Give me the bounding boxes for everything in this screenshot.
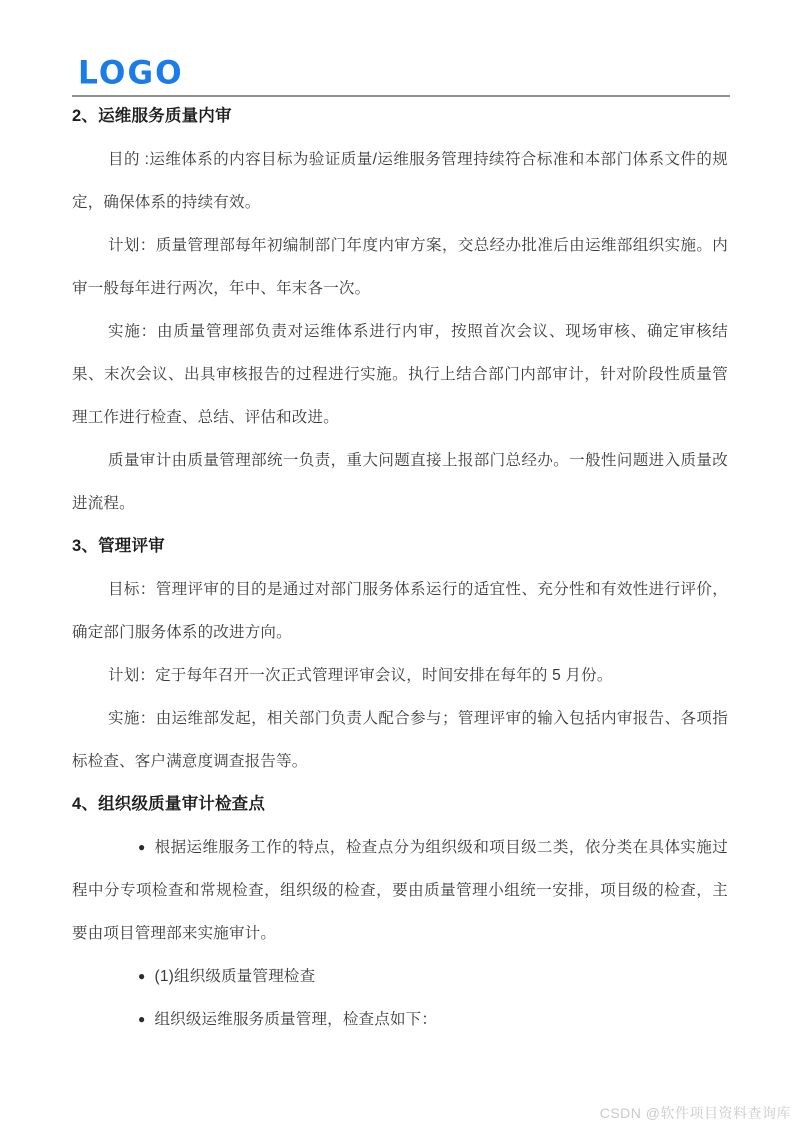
company-logo: LOGO	[78, 55, 184, 92]
bullet-icon: ●	[105, 955, 145, 998]
bullet-text: (1)组织级质量管理检查	[154, 968, 315, 985]
bullet-icon: ●	[105, 826, 145, 869]
section-heading-management-review: 3、管理评审	[72, 525, 728, 568]
paragraph-implementation: 实施：由质量管理部负责对运维体系进行内审，按照首次会议、现场审核、确定审核结果、…	[72, 310, 728, 439]
paragraph-plan: 计划：质量管理部每年初编制部门年度内审方案，交总经办批准后由运维部组织实施。内审…	[72, 224, 728, 310]
paragraph-purpose: 目的 :运维体系的内容目标为验证质量/运维服务管理持续符合标准和本部门体系文件的…	[72, 138, 728, 224]
document-content: 2、运维服务质量内审 目的 :运维体系的内容目标为验证质量/运维服务管理持续符合…	[72, 95, 728, 1041]
bullet-icon: ●	[105, 998, 145, 1041]
paragraph-review-plan: 计划：定于每年召开一次正式管理评审会议，时间安排在每年的 5 月份。	[72, 654, 728, 697]
bullet-item-org-service-quality: ●组织级运维服务质量管理，检查点如下：	[72, 998, 728, 1041]
bullet-text: 组织级运维服务质量管理，检查点如下：	[154, 1011, 437, 1028]
section-heading-org-checkpoints: 4、组织级质量审计检查点	[72, 783, 728, 826]
bullet-item-org-quality-check: ●(1)组织级质量管理检查	[72, 955, 728, 998]
paragraph-quality-audit: 质量审计由质量管理部统一负责，重大问题直接上报部门总经办。一般性问题进入质量改进…	[72, 439, 728, 525]
paragraph-review-implementation: 实施：由运维部发起，相关部门负责人配合参与；管理评审的输入包括内审报告、各项指标…	[72, 697, 728, 783]
bullet-item-overview: ●根据运维服务工作的特点，检查点分为组织级和项目级二类，依分类在具体实施过程中分…	[72, 826, 728, 955]
document-page: LOGO 2、运维服务质量内审 目的 :运维体系的内容目标为验证质量/运维服务管…	[0, 0, 800, 1132]
section-heading-internal-audit: 2、运维服务质量内审	[72, 95, 728, 138]
csdn-watermark: CSDN @软件项目资料查询库	[600, 1103, 791, 1123]
bullet-text: 根据运维服务工作的特点，检查点分为组织级和项目级二类，依分类在具体实施过程中分专…	[72, 839, 728, 942]
page-header: LOGO	[72, 58, 730, 97]
paragraph-goal: 目标：管理评审的目的是通过对部门服务体系运行的适宜性、充分性和有效性进行评价，确…	[72, 568, 728, 654]
